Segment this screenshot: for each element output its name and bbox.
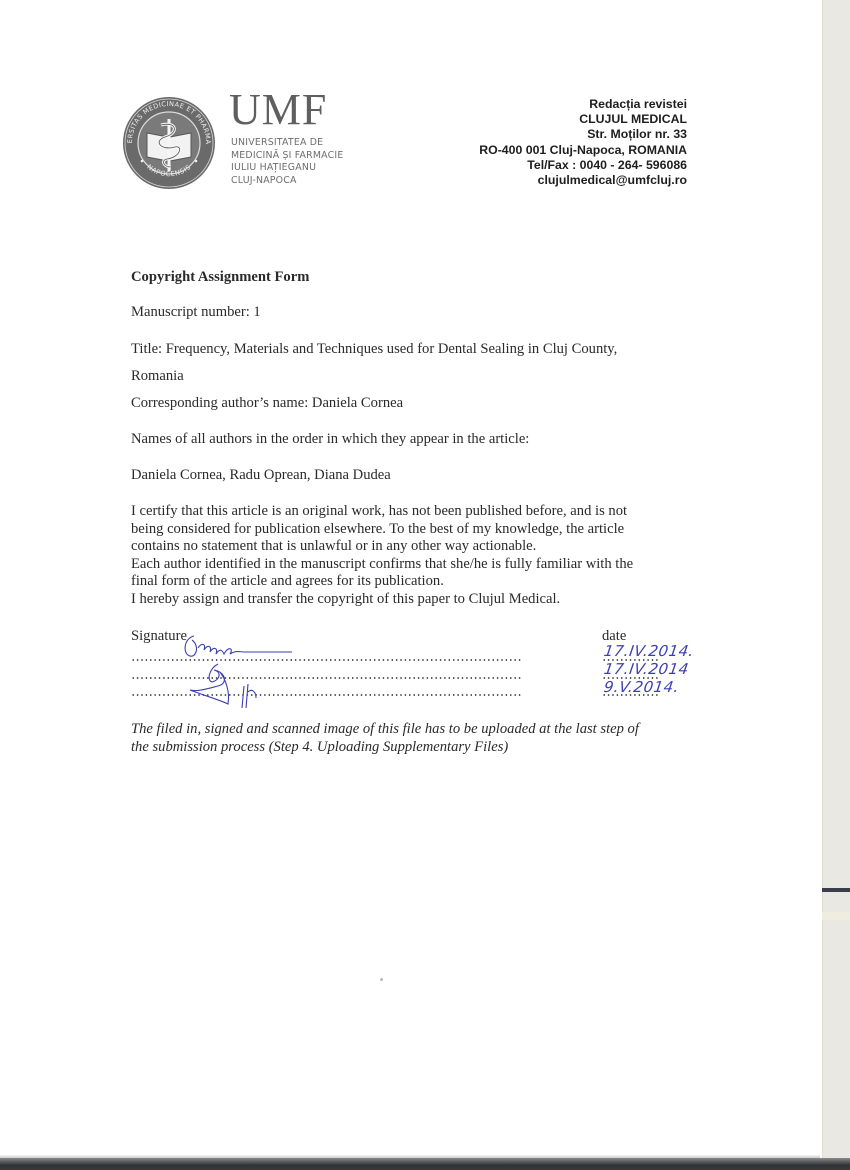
umf-seal-icon: UNIVERSITAS MEDICINAE ET PHARMACIAE NAPO… [121,95,217,191]
handwritten-signatures [180,628,300,708]
handwritten-date: 9.V.2014. [603,678,681,696]
certification-line: I hereby assign and transfer the copyrig… [131,591,711,609]
certification-statement: I certify that this article is an origin… [131,503,711,609]
upload-instructions: The filed in, signed and scanned image o… [131,720,711,756]
authors-label: Names of all authors in the order in whi… [131,431,696,448]
authors-list: Daniela Cornea, Radu Oprean, Diana Dudea [131,467,696,484]
address-line: Str. Moților nr. 33 [479,127,687,142]
scanner-bottom-edge [0,1158,850,1170]
address-line: CLUJUL MEDICAL [479,112,687,127]
corresponding-author: Corresponding author’s name: Daniela Cor… [131,395,696,412]
address-line: RO-400 001 Cluj-Napoca, ROMANIA [479,143,687,158]
university-name-line: IULIU HAȚIEGANU [231,162,343,175]
certification-line: Each author identified in the manuscript… [131,556,711,574]
address-line: Tel/Fax : 0040 - 264- 596086 [479,158,687,173]
email-link[interactable]: clujulmedical@umfcluj.ro [479,173,687,188]
scanner-edge-strip [822,0,850,1160]
note-line: the submission process (Step 4. Uploadin… [131,738,711,756]
address-line: Redacția revistei [479,97,687,112]
university-name-line: CLUJ-NAPOCA [231,175,343,188]
manuscript-number: Manuscript number: 1 [131,304,696,321]
handwritten-date: 17.IV.2014 [603,660,690,678]
certification-line: being considered for publication elsewhe… [131,521,711,539]
signature-label: Signature [131,628,187,645]
handwritten-date: 17.IV.2014. [603,642,696,660]
certification-line: final form of the article and agrees for… [131,573,711,591]
scan-speck [380,978,383,981]
university-name-line: UNIVERSITATEA DE [231,137,343,150]
article-title-line: Title: Frequency, Materials and Techniqu… [131,341,696,358]
scanner-edge-band [822,888,850,892]
certification-line: contains no statement that is unlawful o… [131,538,711,556]
university-name-line: MEDICINĂ ȘI FARMACIE [231,150,343,163]
note-line: The filed in, signed and scanned image o… [131,720,711,738]
university-name: UNIVERSITATEA DE MEDICINĂ ȘI FARMACIE IU… [231,137,343,187]
article-title-line: Romania [131,368,696,385]
scanner-edge-band-light [822,912,850,920]
form-title: Copyright Assignment Form [131,269,696,286]
certification-line: I certify that this article is an origin… [131,503,711,521]
umf-abbreviation: UMF [229,88,327,132]
journal-address: Redacția revistei CLUJUL MEDICAL Str. Mo… [479,97,687,188]
